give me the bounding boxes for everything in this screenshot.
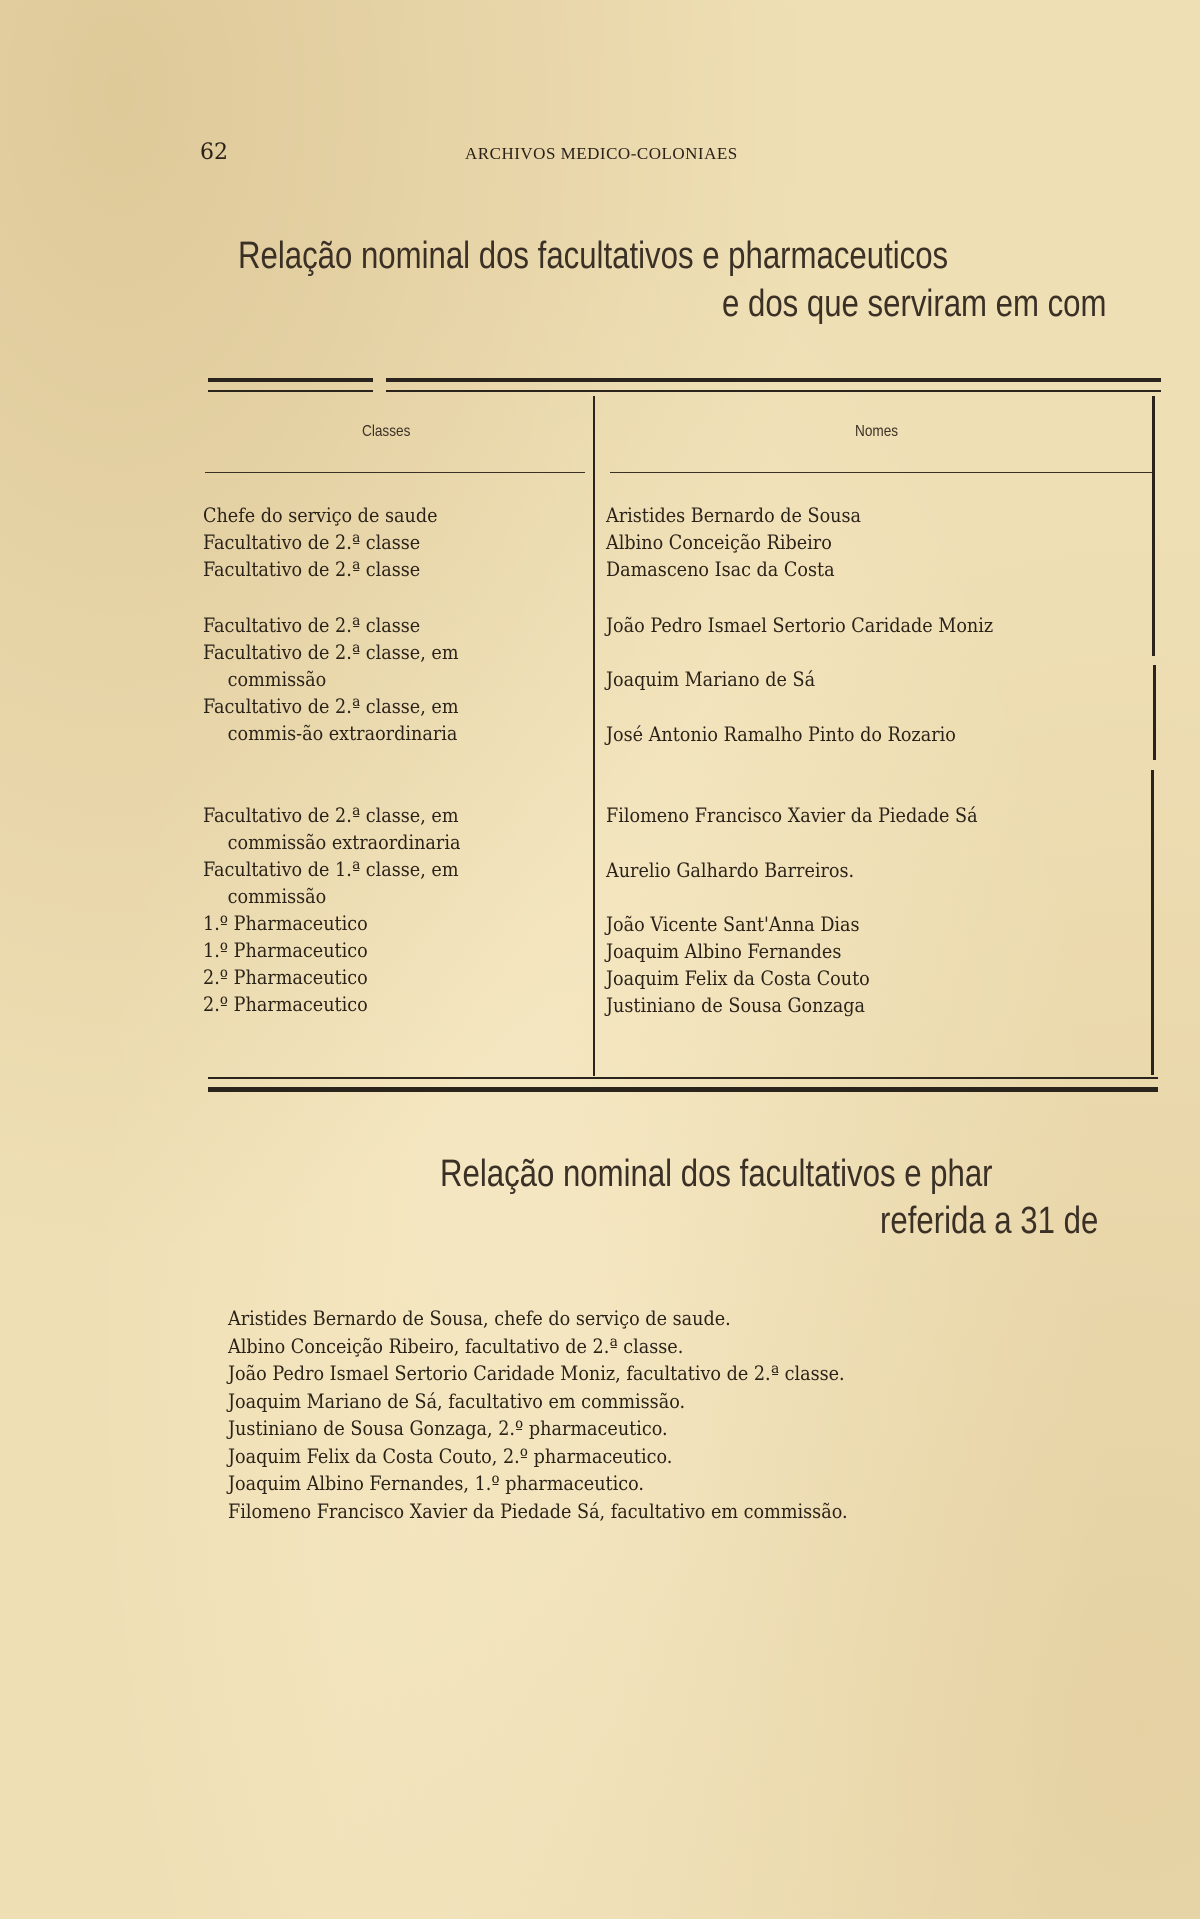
list-item: Joaquim Albino Fernandes, 1.º pharmaceut… bbox=[228, 1470, 848, 1498]
right-border-2 bbox=[1153, 665, 1156, 760]
classe-text: Facultativo de 1.ª classe, em bbox=[203, 856, 460, 883]
right-border-1 bbox=[1152, 396, 1155, 656]
classe-text: Chefe do serviço de saude bbox=[203, 502, 438, 529]
nome-text: José Antonio Ramalho Pinto do Rozario bbox=[606, 721, 956, 748]
classe-text: Facultativo de 2.ª classe bbox=[203, 556, 438, 583]
classe-cell: Facultativo de 2.ª classe Facultativo de… bbox=[203, 612, 459, 747]
list-item: Joaquim Mariano de Sá, facultativo em co… bbox=[228, 1388, 848, 1416]
second-title-line1: Relação nominal dos facultativos e phar bbox=[440, 1153, 993, 1196]
nome-cell: João Vicente Sant'Anna Dias Joaquim Albi… bbox=[606, 911, 870, 1019]
classe-cell: Chefe do serviço de saude Facultativo de… bbox=[203, 502, 438, 583]
header-nomes: Nomes bbox=[855, 423, 898, 441]
classe-text: Facultativo de 2.ª classe, em bbox=[203, 639, 459, 666]
classe-text: 2.º Pharmaceutico bbox=[203, 964, 460, 991]
classe-text: Facultativo de 2.ª classe, em bbox=[203, 693, 459, 720]
nome-cell: Aristides Bernardo de Sousa Albino Conce… bbox=[606, 502, 861, 583]
header-rule-right bbox=[610, 472, 1152, 473]
right-border-3 bbox=[1151, 770, 1154, 1075]
classe-text: commissão extraordinaria bbox=[203, 829, 460, 856]
table-top-rule-left bbox=[208, 378, 373, 392]
nome-text: Justiniano de Sousa Gonzaga bbox=[606, 992, 870, 1019]
classe-text: 1.º Pharmaceutico bbox=[203, 910, 460, 937]
classe-text: 1.º Pharmaceutico bbox=[203, 937, 460, 964]
header-rule-left bbox=[205, 472, 585, 473]
list-item: Albino Conceição Ribeiro, facultativo de… bbox=[228, 1333, 848, 1361]
table-bottom-rule bbox=[208, 1077, 1158, 1092]
list-item: Aristides Bernardo de Sousa, chefe do se… bbox=[228, 1305, 848, 1333]
classe-text: commis-ão extraordinaria bbox=[203, 720, 459, 747]
running-head: 62 ARCHIVOS MEDICO-COLONIAES bbox=[200, 140, 1020, 170]
nome-text: João Pedro Ismael Sertorio Caridade Moni… bbox=[606, 612, 993, 639]
list-item: Filomeno Francisco Xavier da Piedade Sá,… bbox=[228, 1498, 848, 1526]
table-title-line2: e dos que serviram em com bbox=[722, 283, 1106, 326]
second-title-line2: referida a 31 de bbox=[880, 1200, 1098, 1243]
list-item: Joaquim Felix da Costa Couto, 2.º pharma… bbox=[228, 1443, 848, 1471]
column-divider bbox=[593, 396, 595, 1076]
classe-text: Facultativo de 2.ª classe, em bbox=[203, 802, 460, 829]
nome-text: Joaquim Mariano de Sá bbox=[606, 666, 815, 693]
list-item: Justiniano de Sousa Gonzaga, 2.º pharmac… bbox=[228, 1415, 848, 1443]
nome-text: Aurelio Galhardo Barreiros. bbox=[606, 857, 854, 884]
nome-text: Joaquim Albino Fernandes bbox=[606, 938, 870, 965]
nome-text: Albino Conceição Ribeiro bbox=[606, 529, 861, 556]
personnel-list: Aristides Bernardo de Sousa, chefe do se… bbox=[228, 1305, 848, 1525]
classe-text: commissão bbox=[203, 666, 459, 693]
classe-text: 2.º Pharmaceutico bbox=[203, 991, 460, 1018]
classe-cell: Facultativo de 2.ª classe, em commissão … bbox=[203, 802, 460, 1018]
page-number: 62 bbox=[200, 140, 228, 165]
table-title-line1: Relação nominal dos facultativos e pharm… bbox=[238, 235, 948, 278]
nome-text: Joaquim Felix da Costa Couto bbox=[606, 965, 870, 992]
list-item: João Pedro Ismael Sertorio Caridade Moni… bbox=[228, 1360, 848, 1388]
nome-text: Damasceno Isac da Costa bbox=[606, 556, 861, 583]
classe-text: commissão bbox=[203, 883, 460, 910]
header-classes: Classes bbox=[362, 423, 410, 441]
table-top-rule-right bbox=[386, 378, 1161, 392]
journal-title: ARCHIVOS MEDICO-COLONIAES bbox=[465, 144, 738, 164]
classe-text: Facultativo de 2.ª classe bbox=[203, 529, 438, 556]
nome-text: Filomeno Francisco Xavier da Piedade Sá bbox=[606, 802, 978, 829]
classe-text: Facultativo de 2.ª classe bbox=[203, 612, 459, 639]
nome-text: João Vicente Sant'Anna Dias bbox=[606, 911, 870, 938]
nome-text: Aristides Bernardo de Sousa bbox=[606, 502, 861, 529]
